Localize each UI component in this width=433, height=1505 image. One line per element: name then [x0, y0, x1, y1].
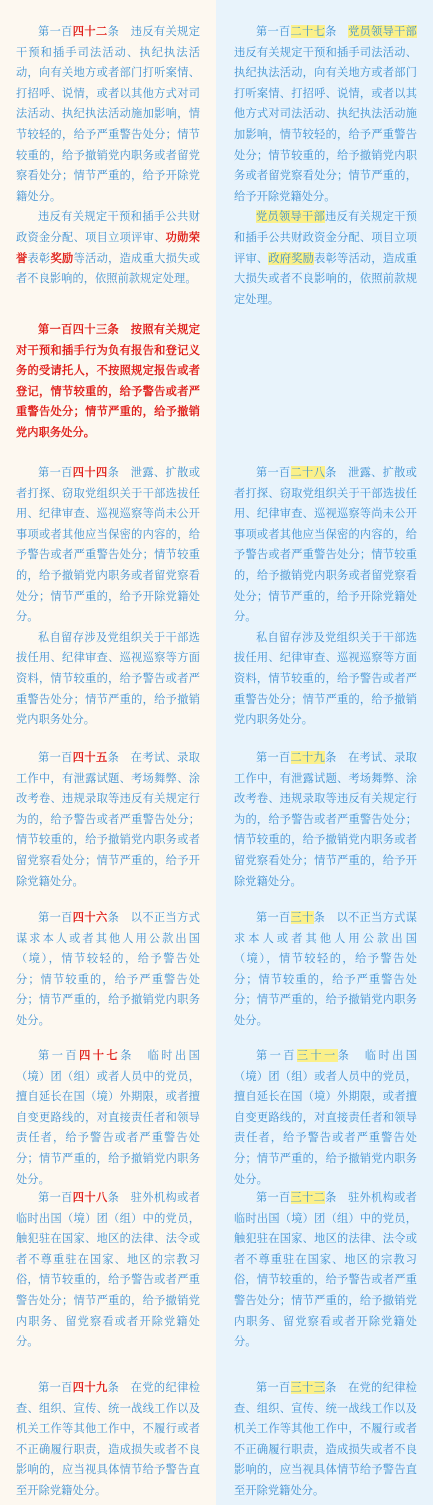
article-number-changed: 三十一: [297, 1049, 338, 1062]
article-prefix: 第一百: [38, 1049, 79, 1062]
article-prefix: 第一百: [38, 911, 73, 924]
article-143-new: 第一百四十三条 按照有关规定对干预和插手行为负有报告和登记义务的受请托人，不按照…: [16, 320, 200, 444]
article-132: 第一百三十二条 驻外机构或者临时出国（境）团（组）中的党员，触犯驻在国家、地区的…: [234, 1188, 417, 1353]
article-prefix: 第一百: [38, 25, 73, 38]
article-text: 违反有关规定干预和插手司法活动、执纪执法活动，向有关地方或者部门打听案情、打招呼…: [234, 46, 417, 203]
article-text: 泄露、扩散或者打探、窃取党组织关于干部选拔任用、纪律审查、巡视巡察等尚未公开事项…: [16, 466, 200, 623]
article-text: 泄露、扩散或者打探、窃取党组织关于干部选拔任用、纪律审查、巡视巡察等尚未公开事项…: [234, 466, 417, 623]
article-number-changed: 二十八: [291, 466, 326, 479]
article-paragraph: 第一百三十条 以不正当方式谋求本人或者其他人用公款出国（境），情节较轻的，给予警…: [234, 908, 417, 1032]
changed-text: 政府奖励: [268, 252, 314, 265]
article-131: 第一百三十一条 临时出国（境）团（组）或者人员中的党员，擅自延长在国（境）外期限…: [234, 1046, 417, 1190]
article-142: 第一百四十二条 违反有关规定干预和插手司法活动、执纪执法活动，向有关地方或者部门…: [16, 22, 200, 290]
article-suffix: 条: [325, 1381, 337, 1394]
article-number-changed: 三十二: [291, 1191, 326, 1204]
article-prefix: 第一百: [256, 1191, 291, 1204]
article-paragraph: 第一百四十四条 泄露、扩散或者打探、窃取党组织关于干部选拔任用、纪律审查、巡视巡…: [16, 463, 200, 628]
article-number-changed: 四十七: [79, 1049, 120, 1062]
article-paragraph: 第一百四十六条 以不正当方式谋求本人或者其他人用公款出国（境），情节较轻的，给予…: [16, 908, 200, 1032]
article-prefix: 第一百: [38, 1381, 73, 1394]
article-suffix: 条: [108, 466, 120, 479]
spacer: [119, 751, 131, 764]
article-paragraph: 第一百二十九条 在考试、录取工作中，有泄露试题、考场舞弊、涂改考卷、违规录取等违…: [234, 748, 417, 892]
article-148: 第一百四十八条 驻外机构或者临时出国（境）团（组）中的党员，触犯驻在国家、地区的…: [16, 1188, 200, 1353]
article-paragraph: 第一百四十五条 在考试、录取工作中，有泄露试题、考场舞弊、涂改考卷、违规录取等违…: [16, 748, 200, 892]
spacer: [119, 1381, 131, 1394]
article-text: 在党的纪律检查、组织、宣传、统一战线工作以及机关工作等其他工作中，不履行或者不正…: [234, 1381, 417, 1497]
article-paragraph: 私自留存涉及党组织关于干部选拔任用、纪律审查、巡视巡察等方面资料，情节较重的，给…: [16, 628, 200, 731]
article-129: 第一百二十九条 在考试、录取工作中，有泄露试题、考场舞弊、涂改考卷、违规录取等违…: [234, 748, 417, 892]
article-suffix: 条: [325, 466, 337, 479]
article-number-changed: 二十九: [291, 751, 326, 764]
article-147: 第一百四十七条 临时出国（境）团（组）或者人员中的党员，擅自延长在国（境）外期限…: [16, 1046, 200, 1190]
spacer: [119, 25, 131, 38]
article-text: 在考试、录取工作中，有泄露试题、考场舞弊、涂改考卷、违规录取等违反有关规定行为的…: [234, 751, 417, 888]
article-149: 第一百四十九条 在党的纪律检查、组织、宣传、统一战线工作以及机关工作等其他工作中…: [16, 1378, 200, 1502]
spacer: [351, 1049, 365, 1062]
spacer: [119, 1191, 131, 1204]
article-text: 以不正当方式谋求本人或者其他人用公款出国（境），情节较轻的，给予警告处分；情节较…: [16, 911, 200, 1027]
spacer: [337, 1191, 349, 1204]
article-suffix: 条: [108, 1381, 120, 1394]
article-130: 第一百三十条 以不正当方式谋求本人或者其他人用公款出国（境），情节较轻的，给予警…: [234, 908, 417, 1032]
article-text: 在考试、录取工作中，有泄露试题、考场舞弊、涂改考卷、违规录取等违反有关规定行为的…: [16, 751, 200, 888]
article-number-changed: 四十二: [73, 25, 108, 38]
article-suffix: 条: [325, 1191, 337, 1204]
article-prefix: 第一百: [256, 466, 291, 479]
article-paragraph: 第一百二十七条 党员领导干部违反有关规定干预和插手司法活动、执纪执法活动，向有关…: [234, 22, 417, 207]
article-paragraph: 第一百三十三条 在党的纪律检查、组织、宣传、统一战线工作以及机关工作等其他工作中…: [234, 1378, 417, 1502]
article-paragraph: 第一百四十二条 违反有关规定干预和插手司法活动、执纪执法活动，向有关地方或者部门…: [16, 22, 200, 207]
article-144: 第一百四十四条 泄露、扩散或者打探、窃取党组织关于干部选拔任用、纪律审查、巡视巡…: [16, 463, 200, 731]
article-paragraph: 党员领导干部违反有关规定干预和插手公共财政资金分配、项目立项评审、政府奖励表彰等…: [234, 207, 417, 310]
article-prefix: 第一百: [38, 1191, 73, 1204]
new-article-text: 第一百四十三条 按照有关规定对干预和插手行为负有报告和登记义务的受请托人，不按照…: [16, 320, 200, 444]
article-127: 第一百二十七条 党员领导干部违反有关规定干预和插手司法活动、执纪执法活动，向有关…: [234, 22, 417, 310]
article-prefix: 第一百: [256, 1381, 291, 1394]
old-regulation-column: 第一百二十七条 党员领导干部违反有关规定干预和插手司法活动、执纪执法活动，向有关…: [216, 0, 433, 1505]
article-prefix: 第一百: [38, 466, 73, 479]
changed-text: 党员领导干部: [256, 210, 325, 223]
spacer: [337, 1381, 349, 1394]
new-regulation-column: 第一百四十二条 违反有关规定干预和插手司法活动、执纪执法活动，向有关地方或者部门…: [0, 0, 216, 1505]
article-prefix: 第一百: [38, 751, 73, 764]
article-suffix: 条: [338, 1049, 352, 1062]
article-suffix: 条: [120, 1049, 134, 1062]
spacer: [134, 1049, 148, 1062]
changed-text: 党员领导干部: [348, 25, 417, 38]
article-prefix: 第一百: [256, 751, 291, 764]
article-suffix: 条: [314, 911, 326, 924]
spacer: [325, 911, 337, 924]
article-suffix: 条: [325, 751, 337, 764]
article-text: 表彰: [28, 252, 51, 265]
article-133: 第一百三十三条 在党的纪律检查、组织、宣传、统一战线工作以及机关工作等其他工作中…: [234, 1378, 417, 1502]
article-paragraph: 第一百四十九条 在党的纪律检查、组织、宣传、统一战线工作以及机关工作等其他工作中…: [16, 1378, 200, 1502]
article-number-changed: 二十七: [291, 25, 326, 38]
spacer: [119, 911, 131, 924]
changed-text: 奖励: [51, 252, 74, 265]
article-145: 第一百四十五条 在考试、录取工作中，有泄露试题、考场舞弊、涂改考卷、违规录取等违…: [16, 748, 200, 892]
spacer: [337, 466, 349, 479]
article-paragraph: 第一百三十二条 驻外机构或者临时出国（境）团（组）中的党员，触犯驻在国家、地区的…: [234, 1188, 417, 1353]
article-128: 第一百二十八条 泄露、扩散或者打探、窃取党组织关于干部选拔任用、纪律审查、巡视巡…: [234, 463, 417, 731]
article-suffix: 条: [108, 1191, 120, 1204]
article-number-changed: 三十三: [291, 1381, 326, 1394]
article-number-changed: 四十九: [73, 1381, 108, 1394]
article-suffix: 条: [108, 25, 120, 38]
article-number-changed: 四十八: [73, 1191, 108, 1204]
comparison-page: 第一百四十二条 违反有关规定干预和插手司法活动、执纪执法活动，向有关地方或者部门…: [0, 0, 433, 1505]
article-text: 临时出国（境）团（组）或者人员中的党员，擅自延长在国（境）外期限，或者擅自变更路…: [234, 1049, 417, 1186]
article-text: 违反有关规定干预和插手司法活动、执纪执法活动，向有关地方或者部门打听案情、打招呼…: [16, 25, 200, 203]
article-paragraph: 第一百二十八条 泄露、扩散或者打探、窃取党组织关于干部选拔任用、纪律审查、巡视巡…: [234, 463, 417, 628]
article-suffix: 条: [108, 911, 120, 924]
article-text: 驻外机构或者临时出国（境）团（组）中的党员，触犯驻在国家、地区的法律、法令或者不…: [234, 1191, 417, 1348]
article-paragraph: 第一百三十一条 临时出国（境）团（组）或者人员中的党员，擅自延长在国（境）外期限…: [234, 1046, 417, 1190]
article-prefix: 第一百: [256, 911, 291, 924]
article-paragraph: 第一百四十八条 驻外机构或者临时出国（境）团（组）中的党员，触犯驻在国家、地区的…: [16, 1188, 200, 1353]
article-text: 以不正当方式谋求本人或者其他人用公款出国（境），情节较轻的，给予警告处分；情节较…: [234, 911, 417, 1027]
spacer: [337, 751, 349, 764]
article-text: 临时出国（境）团（组）或者人员中的党员，擅自延长在国（境）外期限，或者擅自变更路…: [16, 1049, 200, 1186]
article-suffix: 条: [325, 25, 337, 38]
article-number-changed: 四十五: [73, 751, 108, 764]
article-text: 驻外机构或者临时出国（境）团（组）中的党员，触犯驻在国家、地区的法律、法令或者不…: [16, 1191, 200, 1348]
article-suffix: 条: [108, 751, 120, 764]
article-prefix: 第一百: [256, 1049, 297, 1062]
article-number-changed: 四十四: [73, 466, 108, 479]
article-prefix: 第一百: [256, 25, 291, 38]
article-paragraph: 私自留存涉及党组织关于干部选拔任用、纪律审查、巡视巡察等方面资料，情节较重的，给…: [234, 628, 417, 731]
article-paragraph: 违反有关规定干预和插手公共财政资金分配、项目立项评审、功勋荣誉表彰奖励等活动，造…: [16, 207, 200, 289]
spacer: [119, 466, 131, 479]
article-text: 在党的纪律检查、组织、宣传、统一战线工作以及机关工作等其他工作中，不履行或者不正…: [16, 1381, 200, 1497]
article-paragraph: 第一百四十七条 临时出国（境）团（组）或者人员中的党员，擅自延长在国（境）外期限…: [16, 1046, 200, 1190]
spacer: [337, 25, 349, 38]
article-number-changed: 三十: [291, 911, 314, 924]
article-number-changed: 四十六: [73, 911, 108, 924]
article-146: 第一百四十六条 以不正当方式谋求本人或者其他人用公款出国（境），情节较轻的，给予…: [16, 908, 200, 1032]
